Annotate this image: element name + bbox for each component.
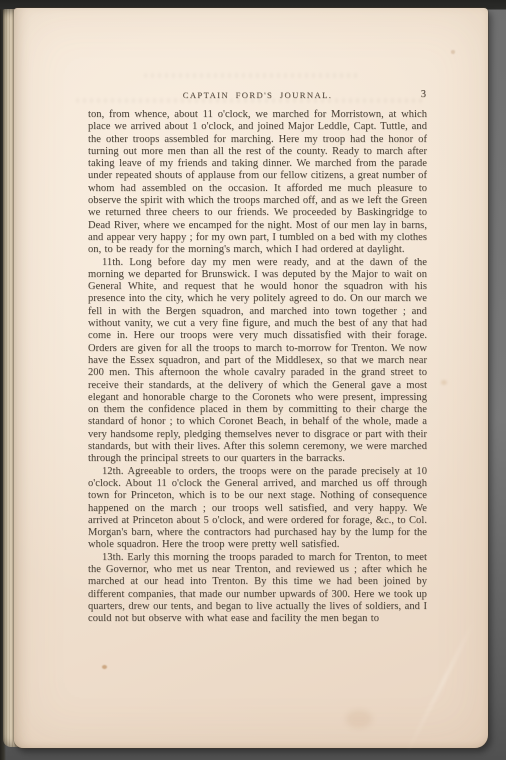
book-page: CAPTAIN FORD'S JOURNAL. 3 ton, from when… (14, 8, 488, 748)
foxing-spot (441, 380, 447, 385)
paragraph-entry-12th: 12th. Agreeable to orders, the troops we… (88, 466, 427, 552)
paragraph-entry-13th: 13th. Early this morning the troops para… (88, 552, 427, 626)
paper-crease (405, 619, 476, 754)
page-text: ton, from whence, about 11 o'clock, we m… (88, 109, 427, 625)
running-header-row: CAPTAIN FORD'S JOURNAL. 3 (88, 90, 427, 104)
scanned-book-photo: CAPTAIN FORD'S JOURNAL. 3 ton, from when… (0, 0, 506, 760)
foxing-spot (102, 665, 107, 669)
page-number: 3 (421, 89, 426, 100)
paragraph-continuation: ton, from whence, about 11 o'clock, we m… (88, 109, 427, 257)
foxing-spot (346, 710, 372, 728)
running-header: CAPTAIN FORD'S JOURNAL. (88, 90, 427, 100)
foxing-spot (451, 50, 455, 54)
paragraph-entry-11th: 11th. Long before day my men were ready,… (88, 257, 427, 466)
showthrough-line (144, 73, 359, 78)
